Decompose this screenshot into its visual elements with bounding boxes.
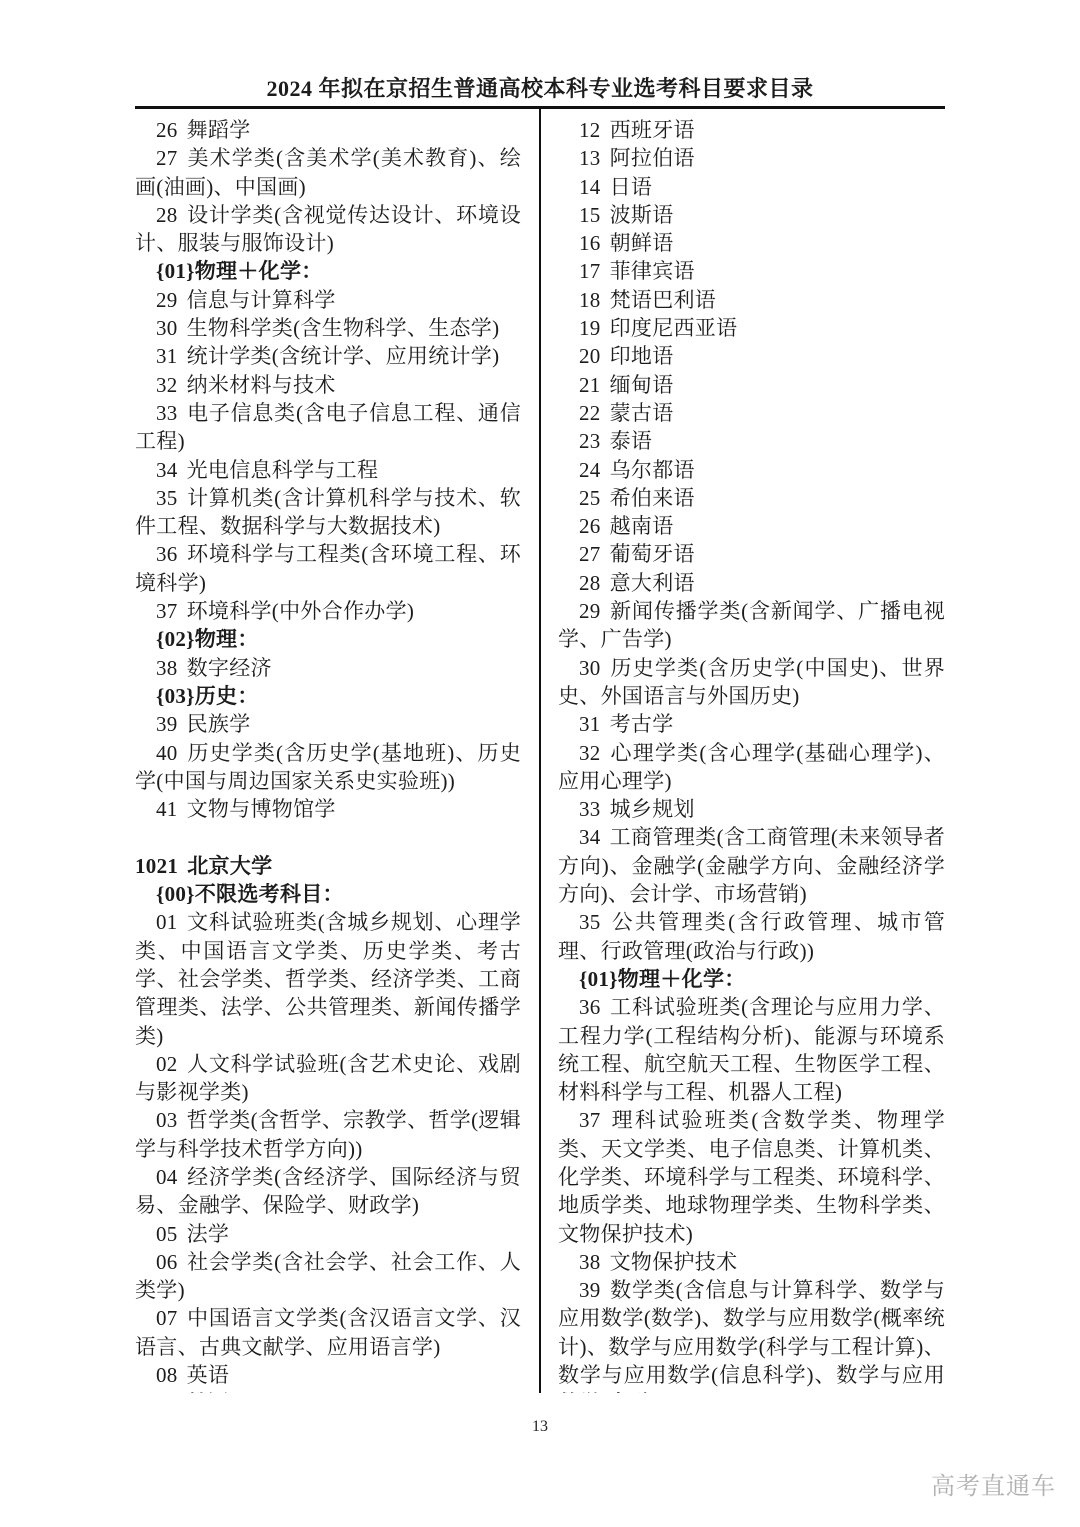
blank-line — [135, 823, 521, 851]
catalog-item: 41文物与博物馆学 — [135, 795, 521, 823]
item-text: 缅甸语 — [610, 373, 674, 397]
item-number: 15 — [579, 203, 601, 227]
item-text: 印地语 — [610, 344, 674, 368]
item-text: 印度尼西亚语 — [610, 316, 738, 340]
catalog-item: 37环境科学(中外合作办学) — [135, 597, 521, 625]
item-number: 24 — [579, 458, 601, 482]
item-text: 北京大学 — [187, 854, 272, 878]
item-number: 34 — [579, 825, 601, 849]
catalog-item: 27葡萄牙语 — [558, 540, 945, 568]
item-number: 04 — [156, 1165, 178, 1189]
catalog-item: 15波斯语 — [558, 201, 945, 229]
page-title: 2024 年拟在京招生普通高校本科专业选考科目要求目录 — [0, 72, 1080, 103]
item-number: 27 — [156, 146, 178, 170]
catalog-item: 22蒙古语 — [558, 399, 945, 427]
item-text: 意大利语 — [610, 571, 695, 595]
catalog-item: 06社会学类(含社会学、社会工作、人类学) — [135, 1248, 521, 1305]
document-page: 2024 年拟在京招生普通高校本科专业选考科目要求目录 26舞蹈学27美术学类(… — [0, 0, 1080, 1527]
item-text: 人文科学试验班(含艺术史论、戏剧与影视学类) — [135, 1052, 521, 1104]
catalog-item: 07中国语言文学类(含汉语言文学、汉语言、古典文献学、应用语言学) — [135, 1304, 521, 1361]
item-text: 环境科学(中外合作办学) — [187, 599, 415, 623]
catalog-item: 23泰语 — [558, 427, 945, 455]
item-text: 文物保护技术 — [610, 1250, 738, 1274]
catalog-item: 20印地语 — [558, 342, 945, 370]
item-text: 日语 — [610, 175, 653, 199]
item-number: 05 — [156, 1222, 178, 1246]
item-text: 西班牙语 — [610, 118, 695, 142]
item-number: 19 — [579, 316, 601, 340]
item-text: 蒙古语 — [610, 401, 674, 425]
item-number: 06 — [156, 1250, 178, 1274]
item-text: 越南语 — [610, 514, 674, 538]
catalog-item: 28设计学类(含视觉传达设计、环境设计、服装与服饰设计) — [135, 201, 521, 258]
catalog-item: 05法学 — [135, 1220, 521, 1248]
catalog-item: 39民族学 — [135, 710, 521, 738]
item-text: 文科试验班类(含城乡规划、心理学类、中国语言文学类、历史学类、考古学、社会学类、… — [135, 910, 521, 1047]
catalog-item: 33城乡规划 — [558, 795, 945, 823]
item-text: 朝鲜语 — [610, 231, 674, 255]
item-text: 泰语 — [610, 429, 653, 453]
item-number: 31 — [156, 344, 178, 368]
catalog-item: 35计算机类(含计算机科学与技术、软件工程、数据科学与大数据技术) — [135, 484, 521, 541]
item-text: 文物与博物馆学 — [187, 797, 336, 821]
item-number: 29 — [579, 599, 601, 623]
item-number: 39 — [579, 1278, 601, 1302]
catalog-item: 30历史学类(含历史学(中国史)、世界史、外国语言与外国历史) — [558, 654, 945, 711]
catalog-item: 25希伯来语 — [558, 484, 945, 512]
catalog-item: 39数学类(含信息与计算科学、数学与应用数学(数学)、数学与应用数学(概率统计)… — [558, 1276, 945, 1393]
watermark: 高考直通车 — [931, 1466, 1056, 1501]
item-number: 36 — [156, 542, 178, 566]
catalog-item: 30生物科学类(含生物科学、生态学) — [135, 314, 521, 342]
item-text: 乌尔都语 — [610, 458, 695, 482]
header-text: {03}历史： — [156, 684, 259, 708]
item-number: 23 — [579, 429, 601, 453]
item-text: 光电信息科学与工程 — [187, 458, 379, 482]
item-number: 33 — [156, 401, 178, 425]
item-number: 37 — [156, 599, 178, 623]
catalog-item: 08英语 — [135, 1361, 521, 1389]
item-text: 信息与计算科学 — [187, 288, 336, 312]
item-number: 02 — [156, 1052, 178, 1076]
item-text: 纳米材料与技术 — [187, 373, 336, 397]
item-number: 38 — [156, 656, 178, 680]
item-number: 39 — [156, 712, 178, 736]
item-number: 21 — [579, 373, 601, 397]
item-text: 数学类(含信息与计算科学、数学与应用数学(数学)、数学与应用数学(概率统计)、数… — [558, 1278, 945, 1393]
section-header: {01}物理＋化学： — [558, 965, 945, 993]
item-text: 希伯来语 — [610, 486, 695, 510]
catalog-item: 12西班牙语 — [558, 116, 945, 144]
item-text: 阿拉伯语 — [610, 146, 695, 170]
item-text: 城乡规划 — [610, 797, 695, 821]
item-number: 38 — [579, 1250, 601, 1274]
section-header: {00}不限选考科目： — [135, 880, 521, 908]
item-text: 社会学类(含社会学、社会工作、人类学) — [135, 1250, 521, 1302]
item-text: 电子信息类(含电子信息工程、通信工程) — [135, 401, 521, 453]
header-text: {01}物理＋化学： — [579, 967, 746, 991]
two-column-body: 26舞蹈学27美术学类(含美术学(美术教育)、绘画(油画)、中国画)28设计学类… — [135, 109, 945, 1393]
header-text: {01}物理＋化学： — [156, 259, 323, 283]
item-text: 工商管理类(含工商管理(未来领导者方向)、金融学(金融学方向、金融经济学方向)、… — [558, 825, 945, 906]
item-number: 14 — [579, 175, 601, 199]
catalog-item: 32纳米材料与技术 — [135, 371, 521, 399]
catalog-item: 17菲律宾语 — [558, 257, 945, 285]
catalog-item: 29信息与计算科学 — [135, 286, 521, 314]
catalog-item: 26舞蹈学 — [135, 116, 521, 144]
item-text: 经济学类(含经济学、国际经济与贸易、金融学、保险学、财政学) — [135, 1165, 521, 1217]
catalog-item: 04经济学类(含经济学、国际经济与贸易、金融学、保险学、财政学) — [135, 1163, 521, 1220]
header-text: {02}物理： — [156, 627, 259, 651]
catalog-item: 27美术学类(含美术学(美术教育)、绘画(油画)、中国画) — [135, 144, 521, 201]
item-number: 20 — [579, 344, 601, 368]
item-text: 英语 — [187, 1363, 230, 1387]
item-number: 13 — [579, 146, 601, 170]
catalog-item: 24乌尔都语 — [558, 456, 945, 484]
item-number: 28 — [579, 571, 601, 595]
item-number: 35 — [579, 910, 601, 934]
section-header: {01}物理＋化学： — [135, 257, 521, 285]
item-number: 08 — [156, 1363, 178, 1387]
item-text: 历史学类(含历史学(中国史)、世界史、外国语言与外国历史) — [558, 656, 945, 708]
section-header: {03}历史： — [135, 682, 521, 710]
catalog-item: 38文物保护技术 — [558, 1248, 945, 1276]
item-number: 28 — [156, 203, 178, 227]
catalog-item: 09俄语 — [135, 1389, 521, 1393]
item-text: 美术学类(含美术学(美术教育)、绘画(油画)、中国画) — [135, 146, 521, 198]
item-text: 哲学类(含哲学、宗教学、哲学(逻辑学与科学技术哲学方向)) — [135, 1108, 521, 1160]
item-text: 俄语 — [187, 1391, 230, 1393]
item-number: 34 — [156, 458, 178, 482]
item-number: 31 — [579, 712, 601, 736]
item-number: 37 — [579, 1108, 601, 1132]
item-number: 09 — [156, 1391, 178, 1393]
item-text: 环境科学与工程类(含环境工程、环境科学) — [135, 542, 521, 594]
catalog-item: 40历史学类(含历史学(基地班)、历史学(中国与周边国家关系史实验班)) — [135, 739, 521, 796]
catalog-item: 29新闻传播学类(含新闻学、广播电视学、广告学) — [558, 597, 945, 654]
catalog-item: 34光电信息科学与工程 — [135, 456, 521, 484]
catalog-item: 26越南语 — [558, 512, 945, 540]
catalog-item: 33电子信息类(含电子信息工程、通信工程) — [135, 399, 521, 456]
item-text: 新闻传播学类(含新闻学、广播电视学、广告学) — [558, 599, 945, 651]
item-number: 41 — [156, 797, 178, 821]
item-number: 36 — [579, 995, 601, 1019]
item-number: 1021 — [135, 854, 178, 878]
item-number: 01 — [156, 910, 178, 934]
item-number: 03 — [156, 1108, 178, 1132]
catalog-item: 14日语 — [558, 173, 945, 201]
item-text: 工科试验班类(含理论与应用力学、工程力学(工程结构分析)、能源与环境系统工程、航… — [558, 995, 945, 1104]
catalog-item: 02人文科学试验班(含艺术史论、戏剧与影视学类) — [135, 1050, 521, 1107]
catalog-item: 35公共管理类(含行政管理、城市管理、行政管理(政治与行政)) — [558, 908, 945, 965]
item-text: 统计学类(含统计学、应用统计学) — [187, 344, 500, 368]
item-number: 12 — [579, 118, 601, 142]
item-text: 历史学类(含历史学(基地班)、历史学(中国与周边国家关系史实验班)) — [135, 741, 521, 793]
item-number: 18 — [579, 288, 601, 312]
item-number: 26 — [579, 514, 601, 538]
item-number: 30 — [579, 656, 601, 680]
catalog-item: 31统计学类(含统计学、应用统计学) — [135, 342, 521, 370]
item-text: 波斯语 — [610, 203, 674, 227]
catalog-item: 31考古学 — [558, 710, 945, 738]
page-number: 13 — [0, 1418, 1080, 1436]
item-text: 公共管理类(含行政管理、城市管理、行政管理(政治与行政)) — [558, 910, 945, 962]
catalog-item: 21缅甸语 — [558, 371, 945, 399]
catalog-item: 36工科试验班类(含理论与应用力学、工程力学(工程结构分析)、能源与环境系统工程… — [558, 993, 945, 1106]
item-text: 菲律宾语 — [610, 259, 695, 283]
item-number: 25 — [579, 486, 601, 510]
section-header: {02}物理： — [135, 625, 521, 653]
item-text: 舞蹈学 — [187, 118, 251, 142]
catalog-item: 19印度尼西亚语 — [558, 314, 945, 342]
item-text: 设计学类(含视觉传达设计、环境设计、服装与服饰设计) — [135, 203, 521, 255]
item-number: 22 — [579, 401, 601, 425]
item-number: 32 — [156, 373, 178, 397]
catalog-item: 34工商管理类(含工商管理(未来领导者方向)、金融学(金融学方向、金融经济学方向… — [558, 823, 945, 908]
catalog-item: 38数字经济 — [135, 654, 521, 682]
catalog-item: 32心理学类(含心理学(基础心理学)、应用心理学) — [558, 739, 945, 796]
catalog-item: 16朝鲜语 — [558, 229, 945, 257]
catalog-item: 28意大利语 — [558, 569, 945, 597]
catalog-item: 37理科试验班类(含数学类、物理学类、天文学类、电子信息类、计算机类、化学类、环… — [558, 1106, 945, 1247]
catalog-item: 03哲学类(含哲学、宗教学、哲学(逻辑学与科学技术哲学方向)) — [135, 1106, 521, 1163]
left-column: 26舞蹈学27美术学类(含美术学(美术教育)、绘画(油画)、中国画)28设计学类… — [135, 109, 539, 1393]
item-number: 32 — [579, 741, 601, 765]
item-number: 17 — [579, 259, 601, 283]
header-text: {00}不限选考科目： — [156, 882, 344, 906]
item-text: 葡萄牙语 — [610, 542, 695, 566]
item-number: 40 — [156, 741, 178, 765]
item-number: 35 — [156, 486, 178, 510]
catalog-item: 18梵语巴利语 — [558, 286, 945, 314]
item-text: 民族学 — [187, 712, 251, 736]
item-number: 26 — [156, 118, 178, 142]
item-text: 理科试验班类(含数学类、物理学类、天文学类、电子信息类、计算机类、化学类、环境科… — [558, 1108, 945, 1245]
item-text: 生物科学类(含生物科学、生态学) — [187, 316, 500, 340]
catalog-item: 01文科试验班类(含城乡规划、心理学类、中国语言文学类、历史学类、考古学、社会学… — [135, 908, 521, 1049]
item-number: 27 — [579, 542, 601, 566]
item-text: 梵语巴利语 — [610, 288, 717, 312]
catalog-item: 13阿拉伯语 — [558, 144, 945, 172]
item-text: 考古学 — [610, 712, 674, 736]
right-column: 12西班牙语13阿拉伯语14日语15波斯语16朝鲜语17菲律宾语18梵语巴利语1… — [541, 109, 945, 1393]
item-text: 数字经济 — [187, 656, 272, 680]
item-number: 33 — [579, 797, 601, 821]
item-number: 29 — [156, 288, 178, 312]
item-text: 计算机类(含计算机科学与技术、软件工程、数据科学与大数据技术) — [135, 486, 521, 538]
catalog-item: 36环境科学与工程类(含环境工程、环境科学) — [135, 540, 521, 597]
item-number: 30 — [156, 316, 178, 340]
item-number: 07 — [156, 1306, 178, 1330]
item-number: 16 — [579, 231, 601, 255]
item-text: 中国语言文学类(含汉语言文学、汉语言、古典文献学、应用语言学) — [135, 1306, 521, 1358]
item-text: 心理学类(含心理学(基础心理学)、应用心理学) — [558, 741, 945, 793]
item-text: 法学 — [187, 1222, 230, 1246]
catalog-item: 1021北京大学 — [135, 852, 521, 880]
